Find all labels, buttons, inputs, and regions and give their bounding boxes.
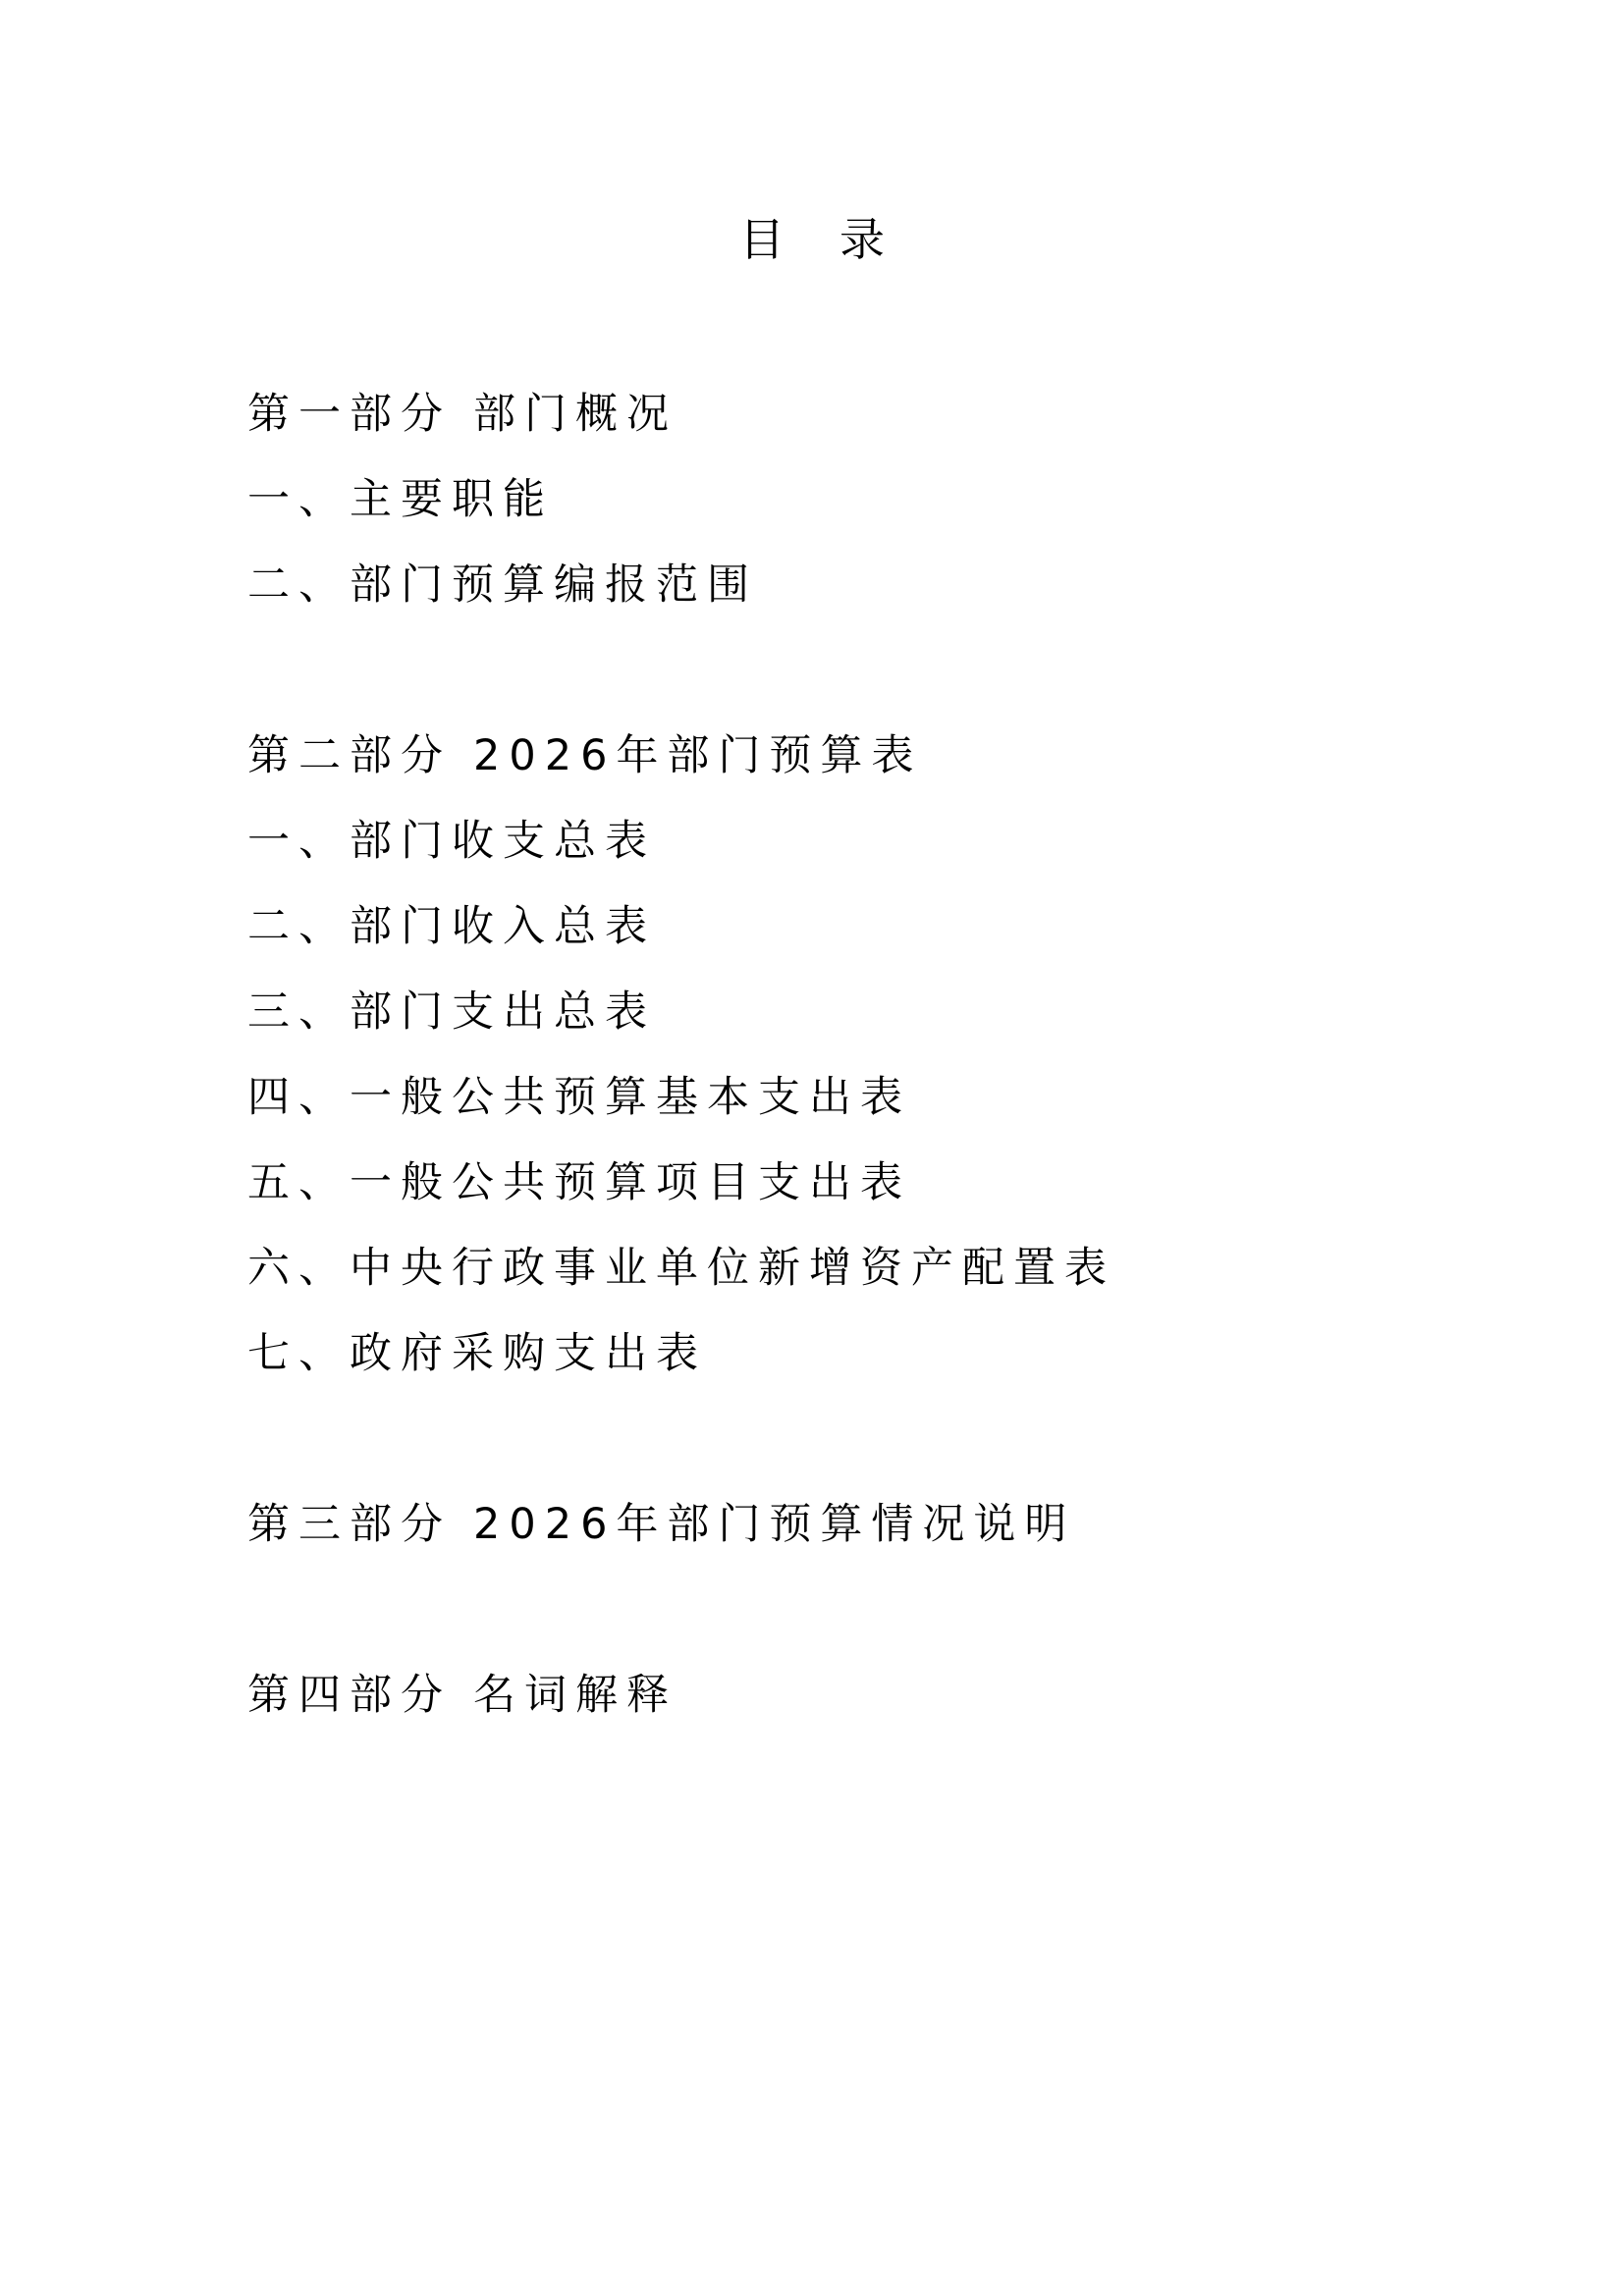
toc-part-4[interactable]: 第四部分名词解释 [247, 1666, 1115, 1751]
toc-item-number: 一、 [247, 475, 350, 524]
toc-item[interactable]: 一、主要职能 [247, 470, 1115, 556]
toc-spacer [247, 1410, 1115, 1495]
toc-item-number: 二、 [247, 561, 350, 610]
toc-part-title: 2026年部门预算情况说明 [473, 1500, 1075, 1549]
toc-item-number: 二、 [247, 902, 350, 951]
toc-part-2[interactable]: 第二部分2026年部门预算表 [247, 726, 1115, 812]
toc-part-1[interactable]: 第一部分部门概况 [247, 385, 1115, 470]
toc-item-number: 五、 [247, 1158, 350, 1207]
toc-item[interactable]: 一、部门收支总表 [247, 812, 1115, 897]
title-char-2: 录 [839, 208, 885, 271]
toc-part-3[interactable]: 第三部分2026年部门预算情况说明 [247, 1495, 1115, 1580]
toc-item-title: 一般公共预算基本支出表 [350, 1073, 911, 1122]
toc-item-title: 主要职能 [350, 475, 554, 524]
toc-item-number: 一、 [247, 817, 350, 866]
toc-spacer [247, 1580, 1115, 1666]
toc-item-title: 部门收入总表 [350, 902, 656, 951]
toc-item-title: 部门支出总表 [350, 988, 656, 1037]
toc-spacer [247, 641, 1115, 726]
toc-item[interactable]: 三、部门支出总表 [247, 983, 1115, 1068]
toc-item-number: 七、 [247, 1329, 350, 1378]
toc-item-title: 一般公共预算项目支出表 [350, 1158, 911, 1207]
toc-item[interactable]: 四、一般公共预算基本支出表 [247, 1068, 1115, 1153]
toc-item[interactable]: 七、政府采购支出表 [247, 1324, 1115, 1410]
toc-part-label: 第四部分 [247, 1671, 452, 1720]
toc-item-title: 中央行政事业单位新增资产配置表 [350, 1244, 1115, 1293]
toc-item[interactable]: 五、一般公共预算项目支出表 [247, 1153, 1115, 1239]
table-of-contents: 第一部分部门概况 一、主要职能 二、部门预算编报范围 第二部分2026年部门预算… [247, 385, 1115, 1751]
toc-item-number: 四、 [247, 1073, 350, 1122]
page-title: 目录 [0, 208, 1624, 271]
toc-part-label: 第二部分 [247, 731, 452, 780]
toc-part-title: 名词解释 [473, 1671, 677, 1720]
toc-item-number: 六、 [247, 1244, 350, 1293]
toc-part-label: 第一部分 [247, 390, 452, 439]
toc-item[interactable]: 二、部门收入总表 [247, 897, 1115, 983]
toc-item[interactable]: 六、中央行政事业单位新增资产配置表 [247, 1239, 1115, 1324]
toc-item-number: 三、 [247, 988, 350, 1037]
toc-part-title: 部门概况 [473, 390, 677, 439]
toc-item-title: 部门收支总表 [350, 817, 656, 866]
toc-item[interactable]: 二、部门预算编报范围 [247, 556, 1115, 641]
toc-part-title: 2026年部门预算表 [473, 731, 922, 780]
toc-item-title: 政府采购支出表 [350, 1329, 707, 1378]
title-char-1: 目 [739, 208, 785, 271]
toc-item-title: 部门预算编报范围 [350, 561, 758, 610]
toc-part-label: 第三部分 [247, 1500, 452, 1549]
